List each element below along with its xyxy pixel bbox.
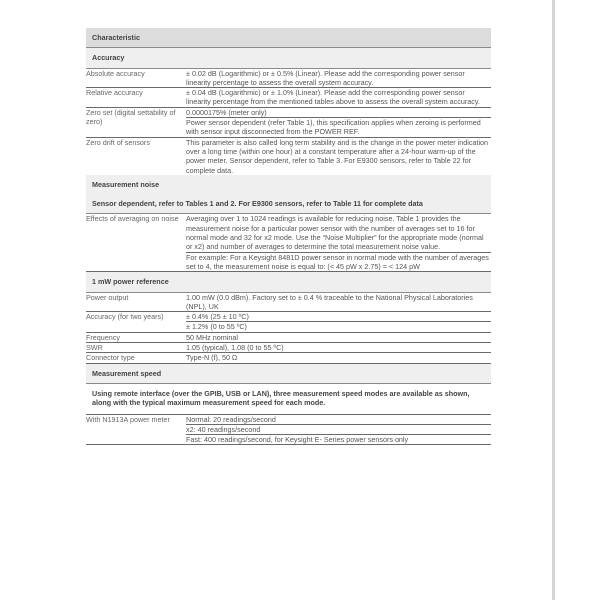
row-value: Fast: 400 readings/second, for Keysight … bbox=[186, 435, 491, 445]
section-row-speed: Measurement speed bbox=[86, 363, 491, 383]
row-value: This parameter is also called long term … bbox=[186, 137, 491, 175]
row-label: SWR bbox=[86, 343, 186, 353]
row-value: ± 0.04 dB (Logarithmic) or ± 1.0% (Linea… bbox=[186, 88, 491, 108]
row-value: x2: 40 readings/second bbox=[186, 424, 491, 434]
table-row: Connector type Type-N (f), 50 Ω bbox=[86, 353, 491, 363]
row-value: ± 1.2% (0 to 55 ºC) bbox=[186, 322, 491, 332]
row-label: Zero set (digital settability of zero) bbox=[86, 107, 186, 137]
table-row: Zero set (digital settability of zero) 0… bbox=[86, 107, 491, 117]
section-title-reference: 1 mW power reference bbox=[86, 272, 491, 292]
row-label: Effects of averaging on noise bbox=[86, 214, 186, 272]
row-value: Normal: 20 readings/second bbox=[186, 414, 491, 424]
section-note-speed: Using remote interface (over the GPIB, U… bbox=[86, 383, 491, 414]
section-title-accuracy: Accuracy bbox=[86, 48, 491, 68]
row-label: Power output bbox=[86, 292, 186, 312]
section-row-accuracy: Accuracy bbox=[86, 48, 491, 68]
section-row-reference: 1 mW power reference bbox=[86, 272, 491, 292]
row-value: ± 0.02 dB (Logarithmic) or ± 0.5% (Linea… bbox=[186, 68, 491, 88]
row-value: Averaging over 1 to 1024 readings is ava… bbox=[186, 214, 491, 252]
row-label: Connector type bbox=[86, 353, 186, 363]
section-title-speed: Measurement speed bbox=[86, 363, 491, 383]
row-label: Zero drift of sensors bbox=[86, 137, 186, 175]
row-value: Type-N (f), 50 Ω bbox=[186, 353, 491, 363]
section-note-row-noise: Sensor dependent, refer to Tables 1 and … bbox=[86, 194, 491, 214]
row-value: For example: For a Keysight 8481D power … bbox=[186, 252, 491, 272]
table-row: With N1913A power meter Normal: 20 readi… bbox=[86, 414, 491, 424]
row-label: With N1913A power meter bbox=[86, 414, 186, 445]
section-title-noise: Measurement noise bbox=[86, 175, 491, 194]
table-header-row: Characteristic bbox=[86, 28, 491, 48]
row-label: Absolute accuracy bbox=[86, 68, 186, 88]
row-value: 0.0000175% (meter only) bbox=[186, 107, 491, 117]
table-row: Zero drift of sensors This parameter is … bbox=[86, 137, 491, 175]
row-value: 50 MHz nominal bbox=[186, 332, 491, 342]
row-label: Relative accuracy bbox=[86, 88, 186, 108]
section-note-row-speed: Using remote interface (over the GPIB, U… bbox=[86, 383, 491, 414]
row-label: Accuracy (for two years) bbox=[86, 312, 186, 333]
table-row: Power output 1.00 mW (0.0 dBm). Factory … bbox=[86, 292, 491, 312]
section-row-noise: Measurement noise bbox=[86, 175, 491, 194]
table-row: Effects of averaging on noise Averaging … bbox=[86, 214, 491, 252]
header-characteristic: Characteristic bbox=[86, 28, 491, 48]
row-label: Frequency bbox=[86, 332, 186, 342]
row-value: 1.00 mW (0.0 dBm). Factory set to ± 0.4 … bbox=[186, 292, 491, 312]
table-row: SWR 1.05 (typical), 1.08 (0 to 55 ºC) bbox=[86, 343, 491, 353]
table-row: Relative accuracy ± 0.04 dB (Logarithmic… bbox=[86, 88, 491, 108]
row-value: Power sensor dependent (refer Table 1), … bbox=[186, 118, 491, 138]
scrollbar-divider bbox=[552, 0, 555, 600]
table-row: Absolute accuracy ± 0.02 dB (Logarithmic… bbox=[86, 68, 491, 88]
row-value: 1.05 (typical), 1.08 (0 to 55 ºC) bbox=[186, 343, 491, 353]
section-note-noise: Sensor dependent, refer to Tables 1 and … bbox=[86, 194, 491, 214]
row-value: ± 0.4% (25 ± 10 ºC) bbox=[186, 312, 491, 322]
table-row: Accuracy (for two years) ± 0.4% (25 ± 10… bbox=[86, 312, 491, 322]
table-row: Frequency 50 MHz nominal bbox=[86, 332, 491, 342]
specifications-table: Characteristic Accuracy Absolute accurac… bbox=[86, 28, 491, 445]
